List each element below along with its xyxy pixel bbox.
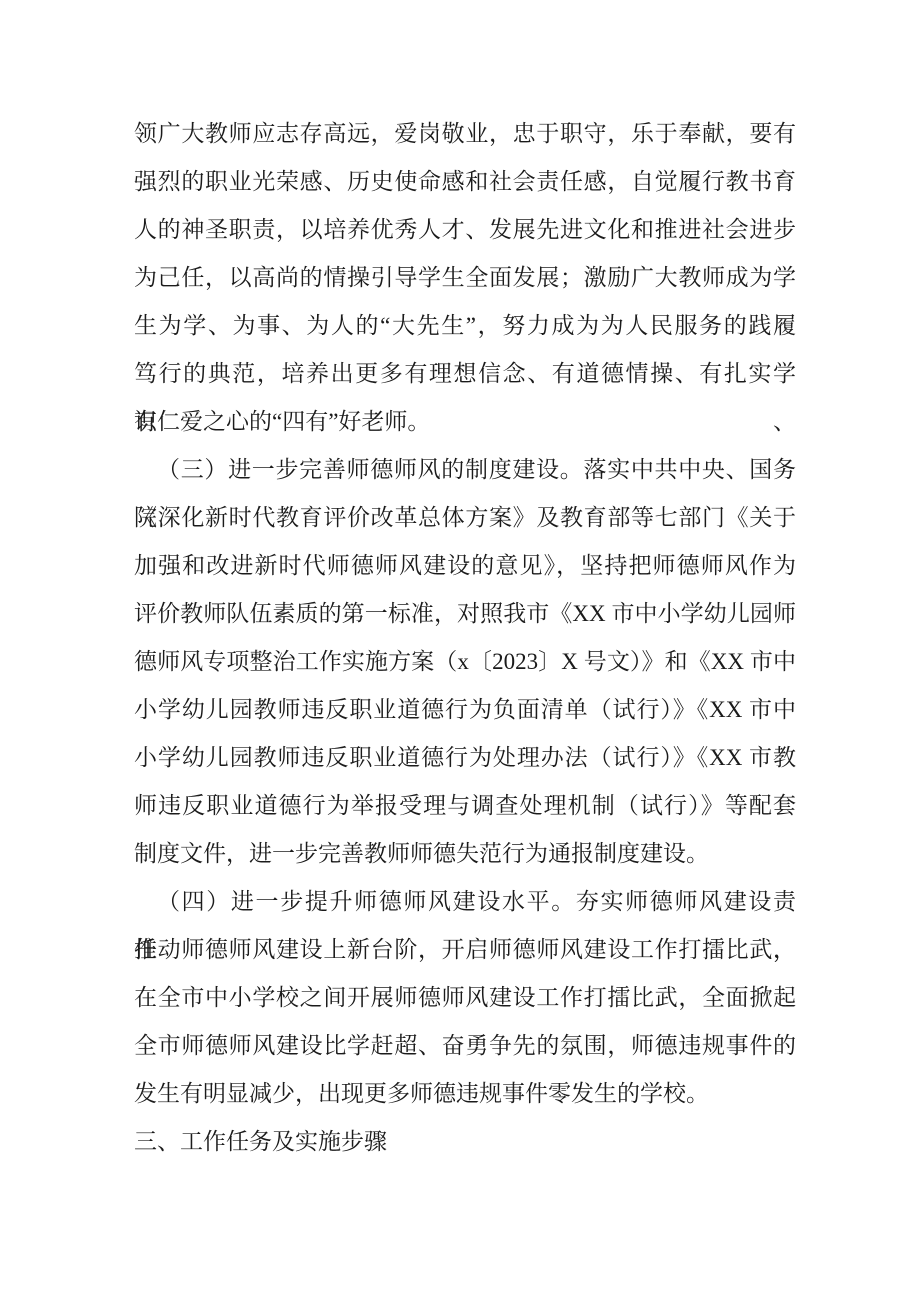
text-line: 《深化新时代教育评价改革总体方案》及教育部等七部门《关于 bbox=[134, 494, 796, 542]
text-line: （四）进一步提升师德师风建设水平。夯实师德师风建设责任， bbox=[134, 878, 796, 926]
text-line: 三、工作任务及实施步骤 bbox=[134, 1118, 796, 1166]
text-line: 德师风专项整治工作实施方案（x〔2023〕X 号文）》和《XX 市中 bbox=[134, 638, 796, 686]
text-line: 笃行的典范，培养出更多有理想信念、有道德情操、有扎实学识、 bbox=[134, 350, 796, 398]
text-line: 在全市中小学校之间开展师德师风建设工作打擂比武，全面掀起 bbox=[134, 974, 796, 1022]
paragraph: 领广大教师应志存高远，爱岗敬业，忠于职守，乐于奉献，要有强烈的职业光荣感、历史使… bbox=[134, 110, 796, 446]
text-line: 推动师德师风建设上新台阶，开启师德师风建设工作打擂比武， bbox=[134, 926, 796, 974]
text-line: 制度文件，进一步完善教师师德失范行为通报制度建设。 bbox=[134, 830, 796, 878]
paragraph: （四）进一步提升师德师风建设水平。夯实师德师风建设责任，推动师德师风建设上新台阶… bbox=[134, 878, 796, 1118]
text-line: 强烈的职业光荣感、历史使命感和社会责任感，自觉履行教书育 bbox=[134, 158, 796, 206]
text-line: 评价教师队伍素质的第一标准，对照我市《XX 市中小学幼儿园师 bbox=[134, 590, 796, 638]
text-line: 生为学、为事、为人的“大先生”，努力成为为人民服务的践履 bbox=[134, 302, 796, 350]
text-line: 加强和改进新时代师德师风建设的意见》，坚持把师德师风作为 bbox=[134, 542, 796, 590]
text-line: 领广大教师应志存高远，爱岗敬业，忠于职守，乐于奉献，要有 bbox=[134, 110, 796, 158]
text-line: 小学幼儿园教师违反职业道德行为负面清单（试行）》《XX 市中 bbox=[134, 686, 796, 734]
text-line: 发生有明显减少，出现更多师德违规事件零发生的学校。 bbox=[134, 1070, 796, 1118]
text-line: 全市师德师风建设比学赶超、奋勇争先的氛围，师德违规事件的 bbox=[134, 1022, 796, 1070]
text-line: 师违反职业道德行为举报受理与调查处理机制（试行）》等配套 bbox=[134, 782, 796, 830]
text-line: （三）进一步完善师德师风的制度建设。落实中共中央、国务院 bbox=[134, 446, 796, 494]
document-page: 领广大教师应志存高远，爱岗敬业，忠于职守，乐于奉献，要有强烈的职业光荣感、历史使… bbox=[0, 0, 920, 1301]
document-body: 领广大教师应志存高远，爱岗敬业，忠于职守，乐于奉献，要有强烈的职业光荣感、历史使… bbox=[134, 110, 796, 1166]
text-line: 人的神圣职责，以培养优秀人才、发展先进文化和推进社会进步 bbox=[134, 206, 796, 254]
text-line: 为己任，以高尚的情操引导学生全面发展；激励广大教师成为学 bbox=[134, 254, 796, 302]
paragraph: （三）进一步完善师德师风的制度建设。落实中共中央、国务院《深化新时代教育评价改革… bbox=[134, 446, 796, 878]
section-heading: 三、工作任务及实施步骤 bbox=[134, 1118, 796, 1166]
text-line: 小学幼儿园教师违反职业道德行为处理办法（试行）》《XX 市教 bbox=[134, 734, 796, 782]
